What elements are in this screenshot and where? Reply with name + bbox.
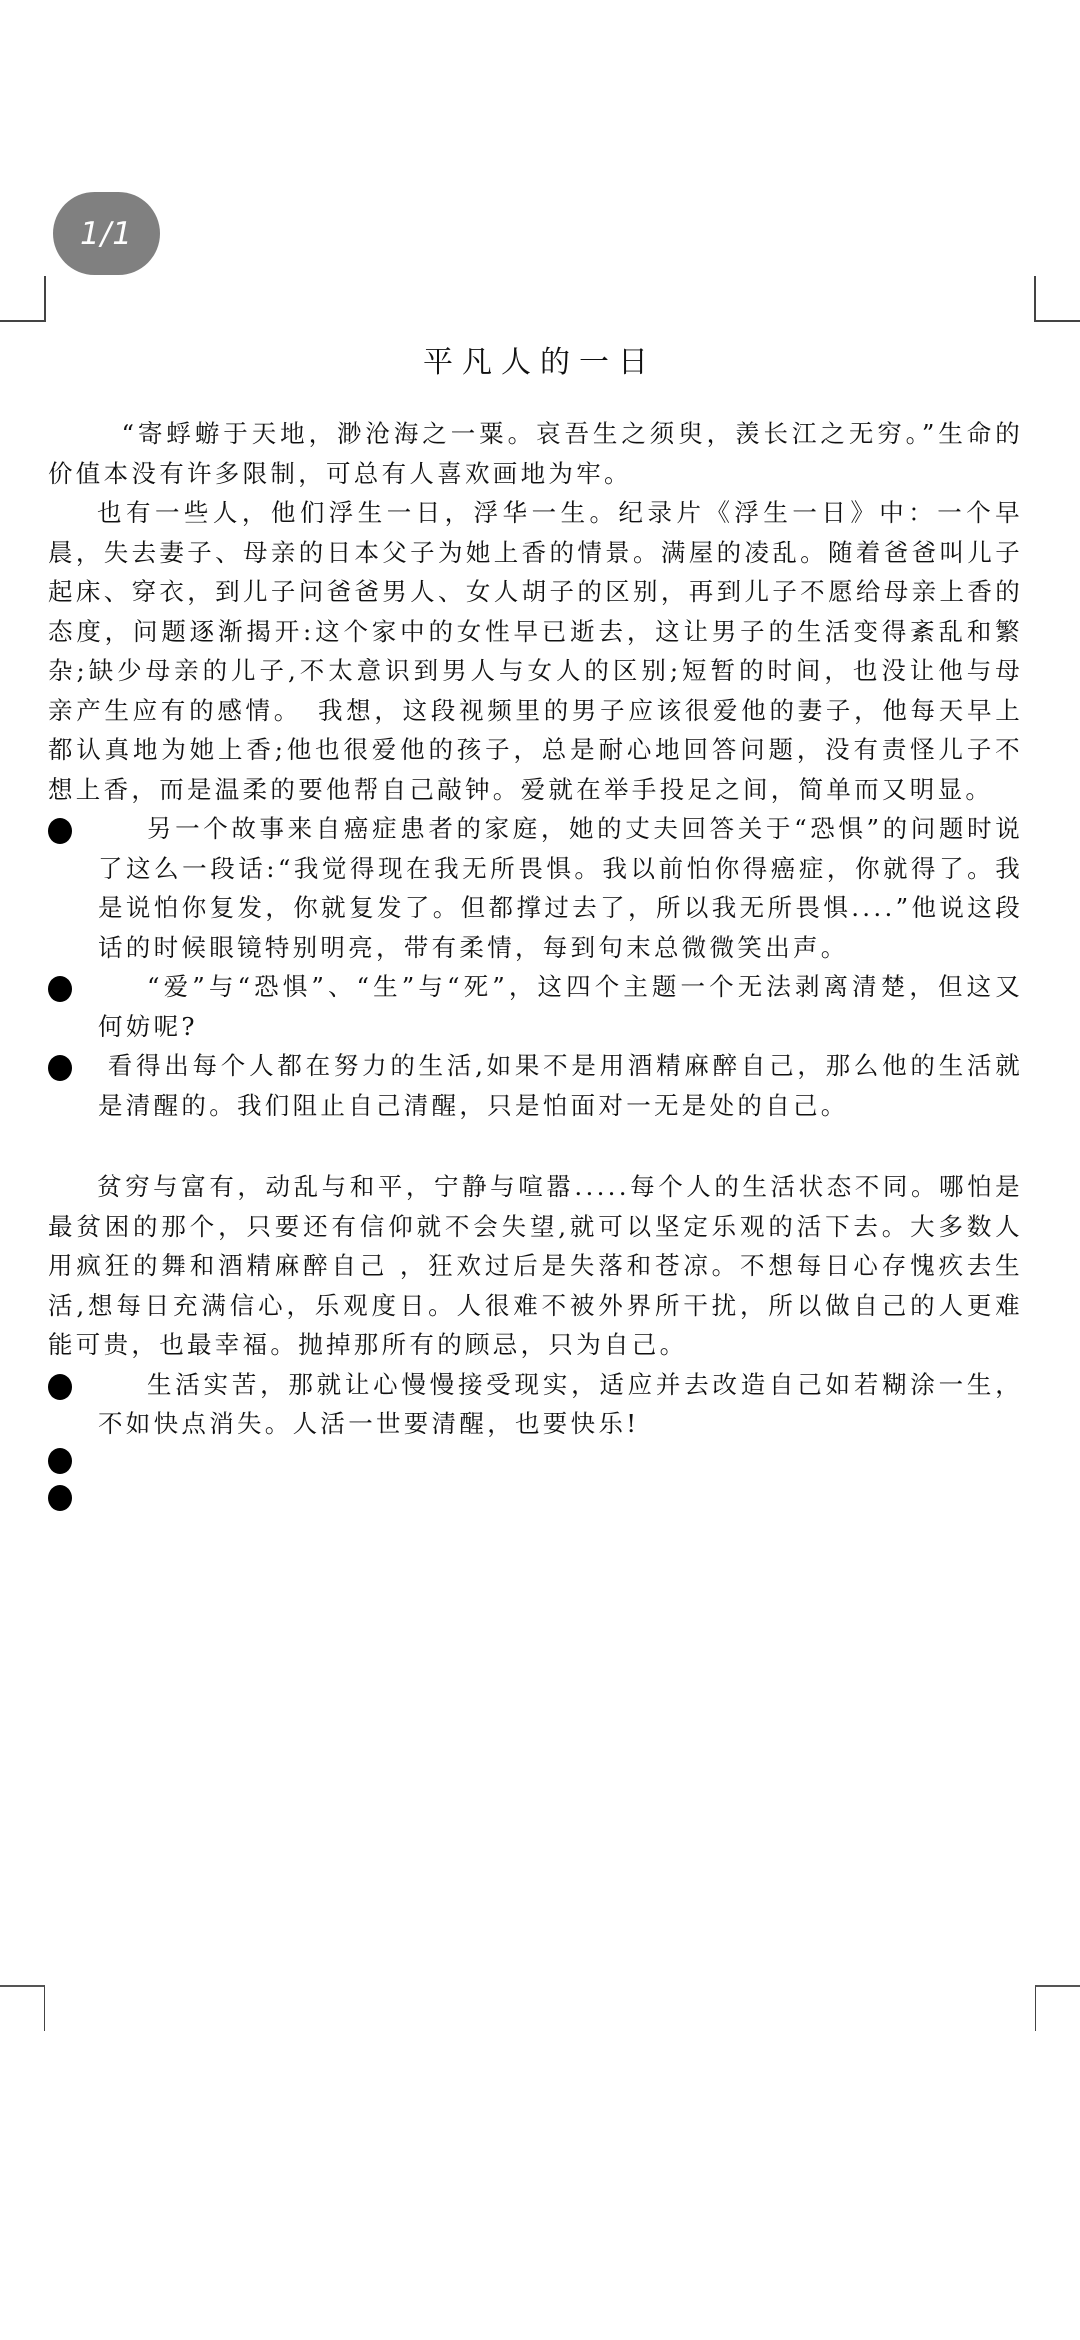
empty-bullet-item bbox=[48, 1444, 1023, 1481]
bullet-dot-icon bbox=[48, 818, 72, 844]
bullet-dot-icon bbox=[48, 1448, 72, 1474]
paragraph: 贫穷与富有，动乱与和平，宁静与喧嚣.....每个人的生活状态不同。哪怕是最贫困的… bbox=[48, 1167, 1023, 1365]
bullet-dot-icon bbox=[48, 1055, 72, 1081]
page-indicator-badge: 1/1 bbox=[53, 192, 160, 275]
crop-mark-bottom-left bbox=[0, 1985, 45, 2031]
bullet-text: 另一个故事来自癌症患者的家庭，她的丈夫回答关于“恐惧”的问题时说了这么一段话:“… bbox=[98, 809, 1023, 967]
empty-bullet-item bbox=[48, 1481, 1023, 1518]
bullet-item: 另一个故事来自癌症患者的家庭，她的丈夫回答关于“恐惧”的问题时说了这么一段话:“… bbox=[48, 809, 1023, 967]
paragraph: “寄蜉蝣于天地，渺沧海之一粟。哀吾生之须臾，羡长江之无穷。”生命的价值本没有许多… bbox=[48, 410, 1023, 493]
crop-mark-bottom-right bbox=[1035, 1985, 1080, 2031]
bullet-dot-icon bbox=[48, 1374, 72, 1400]
bullet-dot-icon bbox=[48, 976, 72, 1002]
bullet-item: “爱”与“恐惧”、“生”与“死”，这四个主题一个无法剥离清楚，但这又何妨呢? bbox=[48, 967, 1023, 1046]
crop-mark-top-right bbox=[1034, 276, 1080, 322]
bullet-text: 生活实苦，那就让心慢慢接受现实，适应并去改造自己如若糊涂一生，不如快点消失。人活… bbox=[98, 1365, 1023, 1444]
crop-mark-top-left bbox=[0, 276, 46, 322]
bullet-text: “爱”与“恐惧”、“生”与“死”，这四个主题一个无法剥离清楚，但这又何妨呢? bbox=[98, 967, 1023, 1046]
document-body: “寄蜉蝣于天地，渺沧海之一粟。哀吾生之须臾，羡长江之无穷。”生命的价值本没有许多… bbox=[48, 410, 1023, 1518]
document-title: 平凡人的一日 bbox=[0, 337, 1080, 381]
bullet-text: 看得出每个人都在努力的生活,如果不是用酒精麻醉自己，那么他的生活就是清醒的。我们… bbox=[98, 1046, 1023, 1125]
bullet-dot-icon bbox=[48, 1485, 72, 1511]
paragraph: 也有一些人，他们浮生一日，浮华一生。纪录片《浮生一日》中：一个早晨，失去妻子、母… bbox=[48, 493, 1023, 809]
bullet-item: 生活实苦，那就让心慢慢接受现实，适应并去改造自己如若糊涂一生，不如快点消失。人活… bbox=[48, 1365, 1023, 1444]
blank-line bbox=[48, 1125, 1023, 1167]
bullet-item: 看得出每个人都在努力的生活,如果不是用酒精麻醉自己，那么他的生活就是清醒的。我们… bbox=[48, 1046, 1023, 1125]
